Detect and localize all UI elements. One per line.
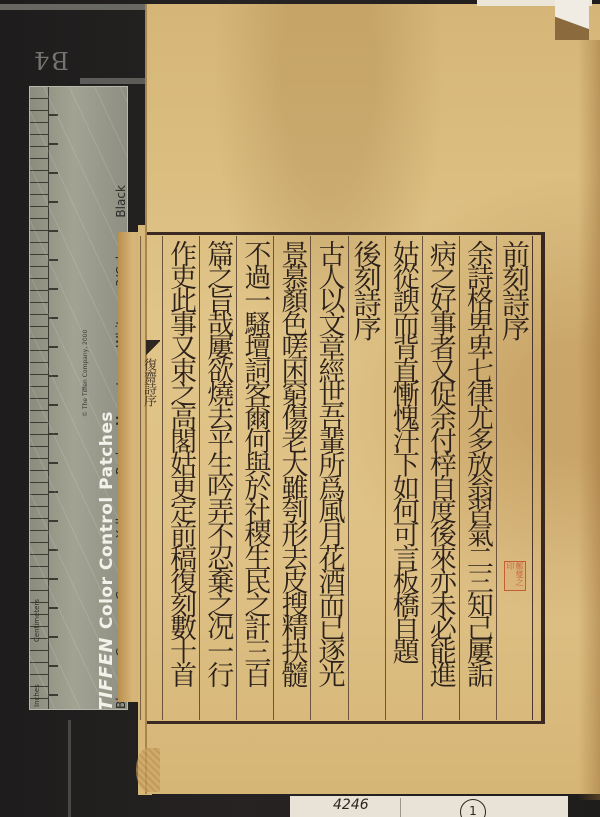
board-line xyxy=(68,720,71,817)
text-column: 余詩格卑卑七律尤多放翁習氣二三知己屢詬 xyxy=(459,236,496,720)
color-control-ruler: Inches Centimeters © The Tiffen Company,… xyxy=(29,86,128,710)
tag-divider xyxy=(400,798,401,817)
text-column: 不過一騷壇詞客爾何與於社稷生民之計三百 xyxy=(236,236,273,720)
text-column: 景慕顏色嗟困窮傷老大雖刳形去皮搜精抉髓 xyxy=(273,236,310,720)
text-column: 姑從諛而背直慚愧汗下如何可言板橋自題 xyxy=(385,236,422,720)
text-column: 病之好事者又促余付梓自度後來亦未必能進 xyxy=(422,236,459,720)
heading-previous-preface: 前刻詩序 xyxy=(496,236,533,720)
heading-later-preface: 後刻詩序 xyxy=(348,236,385,720)
color-label-black: Black xyxy=(114,185,128,217)
red-seal-stamp: 鄭燮之印 xyxy=(504,561,526,591)
ruler-units: Inches Centimeters xyxy=(33,559,41,707)
text-column: 作吏此事又束之高閣姑更定前稿復刻數十首 xyxy=(162,236,199,720)
catalog-tag xyxy=(290,796,568,817)
text-column: 古人以文章經世吾輩所爲風月花酒而已逐光 xyxy=(310,236,347,720)
corner-wear-mark xyxy=(136,748,160,792)
text-column: 篇之旨哉屢欲燒去平生吟弄不忍棄之况一行 xyxy=(199,236,236,720)
catalog-number: 4246 xyxy=(333,797,369,813)
top-corner-paper xyxy=(555,0,589,40)
page-right-edge-shadow xyxy=(578,40,600,800)
ruler-copyright: © The Tiffen Company, 2000 xyxy=(82,330,89,417)
ruler-unit-inches: Inches xyxy=(33,684,41,707)
board-label: B4 xyxy=(32,46,69,74)
text-columns: 前刻詩序 余詩格卑卑七律尤多放翁習氣二三知己屢詬 病之好事者又促余付梓自度後來亦… xyxy=(162,236,533,720)
ruler-unit-centimeters: Centimeters xyxy=(33,599,41,642)
board-edge-strip xyxy=(80,78,148,84)
board-edge-strip xyxy=(0,4,148,10)
